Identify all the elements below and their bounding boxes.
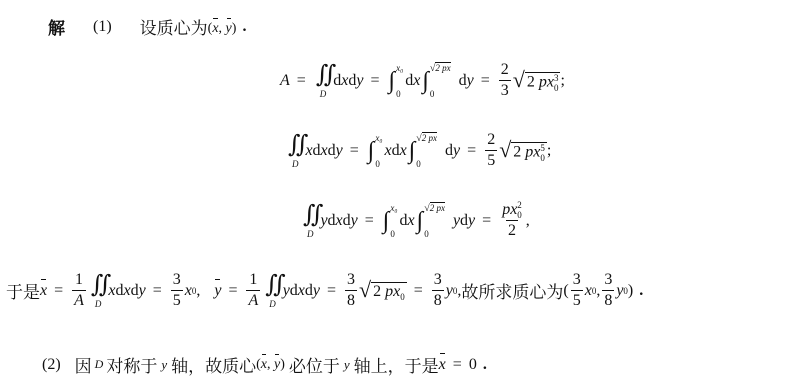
equation-y-moment: ∬D ydxdy = ∫x₀0 dx ∫√2 px0 ydy = px202 ,: [300, 200, 530, 241]
part2-label: (2): [42, 356, 61, 374]
inner-integral: ∫√2 px0: [417, 203, 445, 239]
y-bar: y: [214, 282, 221, 300]
x-bar: x: [40, 282, 47, 300]
centroid-result: ( 35 x0, 38 y0 ): [563, 270, 633, 311]
fraction: 25: [485, 130, 497, 171]
outer-integral: ∫x₀0: [368, 133, 383, 169]
centroid-symbol: (x, y): [208, 21, 237, 37]
outer-integral: ∫x₀0: [383, 203, 398, 239]
fraction: 23: [499, 60, 511, 101]
part1-header: 解 (1) 设质心为 (x, y) .: [48, 14, 246, 39]
inner-integral: ∫√2 px0: [422, 63, 450, 99]
result-line: 于是 x = 1A ∬D xdxdy = 35 x0, y = 1A ∬D yd…: [6, 270, 643, 311]
solution-label: 解: [48, 14, 65, 39]
outer-integral: ∫x₀0: [389, 63, 404, 99]
square-root: √2 px50: [499, 139, 547, 163]
part1-intro: 设质心为: [140, 14, 208, 39]
square-root: √2 px30: [513, 69, 561, 93]
inner-integral: ∫√2 px0: [409, 133, 437, 169]
equation-area: A = ∬D dxdy = ∫x₀0 dx ∫√2 px0 dy = 23 √2…: [280, 60, 565, 101]
equation-x-moment: ∬D xdxdy = ∫x₀0 xdx ∫√2 px0 dy = 25 √2 p…: [285, 130, 551, 171]
part2: (2) 因 D 对称于 y 轴，故质心 (x, y) 必位于 y 轴上，于是 x…: [42, 352, 487, 377]
fraction: px202: [500, 200, 524, 241]
double-integral: ∬D: [288, 133, 302, 169]
conclusion-text: 故所求质心为: [461, 278, 563, 303]
double-integral: ∬D: [303, 203, 317, 239]
part1-label: (1): [93, 18, 112, 36]
double-integral: ∬D: [316, 63, 330, 99]
